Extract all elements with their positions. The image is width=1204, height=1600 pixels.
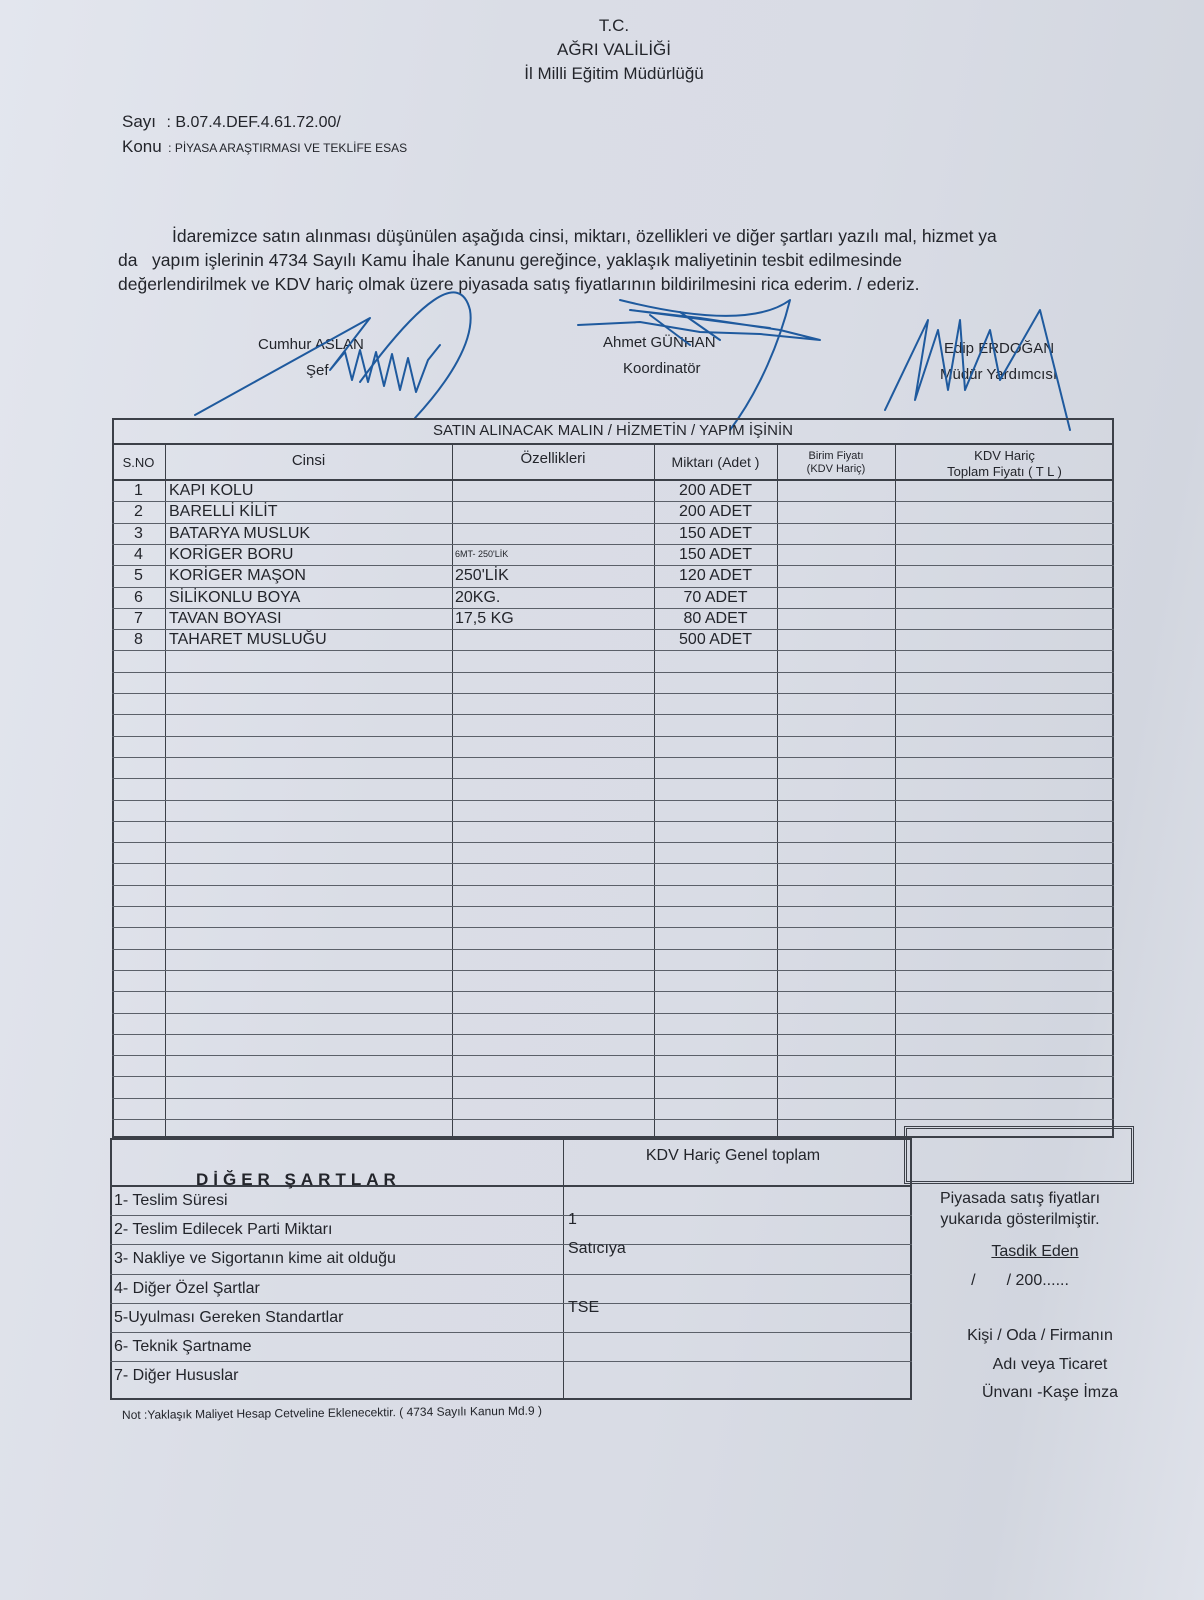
cell-cinsi: BATARYA MUSLUK xyxy=(169,523,449,544)
meta-konu: Konu : PİYASA ARAŞTIRMASI VE TEKLİFE ESA… xyxy=(122,137,407,157)
body-line-2: da yapım işlerinin 4734 Sayılı Kamu İhal… xyxy=(118,248,1103,272)
cell-cinsi: BARELLİ KİLİT xyxy=(169,501,449,522)
condition-label: 5-Uyulması Gereken Standartlar xyxy=(114,1309,343,1327)
col-header-ozellikleri: Özellikleri xyxy=(452,448,654,469)
row-rule xyxy=(112,693,1114,694)
header-directorate: İl Milli Eğitim Müdürlüğü xyxy=(0,64,1204,84)
body-line-1: İdaremizce satın alınması düşünülen aşağ… xyxy=(118,224,1103,248)
row-rule xyxy=(112,906,1114,907)
col-header-cinsi: Cinsi xyxy=(165,450,452,471)
approval-firm-3: Ünvanı -Kaşe İmza xyxy=(935,1384,1165,1402)
grand-total-label: KDV Hariç Genel toplam xyxy=(563,1147,903,1165)
row-rule xyxy=(112,714,1114,715)
cell-sno: 6 xyxy=(112,587,165,608)
condition-rule xyxy=(110,1332,912,1333)
grand-total-box xyxy=(904,1126,1134,1184)
sayi-value: : B.07.4.DEF.4.61.72.00/ xyxy=(166,114,340,131)
col-header-birim-fiyati: Birim Fiyatı (KDV Hariç) xyxy=(777,450,895,476)
cell-sno: 1 xyxy=(112,480,165,501)
col-header-sno: S.NO xyxy=(112,452,165,473)
approval-firm-1: Kişi / Oda / Firmanın xyxy=(925,1327,1155,1345)
row-rule xyxy=(112,821,1114,822)
col-header-birim-fiyati-line2: (KDV Hariç) xyxy=(777,463,895,476)
condition-rule xyxy=(110,1215,912,1216)
condition-rule xyxy=(110,1303,912,1304)
row-rule xyxy=(112,863,1114,864)
cell-sno: 2 xyxy=(112,501,165,522)
body-line-3: değerlendirilmek ve KDV hariç olmak üzer… xyxy=(118,272,1103,296)
row-rule xyxy=(112,842,1114,843)
header-governorship: AĞRI VALİLİĞİ xyxy=(0,40,1204,60)
condition-label: 6- Teknik Şartname xyxy=(114,1338,252,1356)
col-header-toplam-line2: Toplam Fiyatı ( T L ) xyxy=(895,464,1114,480)
condition-value: TSE xyxy=(568,1299,599,1317)
row-rule xyxy=(112,1098,1114,1099)
cell-cinsi: KORİGER MAŞON xyxy=(169,565,449,586)
col-header-birim-fiyati-line1: Birim Fiyatı xyxy=(777,450,895,463)
cell-cinsi: KAPI KOLU xyxy=(169,480,449,501)
row-rule xyxy=(112,885,1114,886)
cell-miktari: 500 ADET xyxy=(654,629,777,650)
cell-miktari: 150 ADET xyxy=(654,523,777,544)
cell-sno: 3 xyxy=(112,523,165,544)
footer-note: Not :Yaklaşık Maliyet Hesap Cetveline Ek… xyxy=(122,1404,542,1422)
row-rule xyxy=(112,800,1114,801)
cell-ozellikleri: 6MT- 250'LİK xyxy=(455,544,651,565)
row-rule xyxy=(112,736,1114,737)
condition-label: 2- Teslim Edilecek Parti Miktarı xyxy=(114,1221,332,1239)
row-rule xyxy=(112,757,1114,758)
row-rule xyxy=(112,672,1114,673)
row-rule xyxy=(112,991,1114,992)
approval-tasdik-eden: Tasdik Eden xyxy=(920,1243,1150,1261)
cell-sno: 5 xyxy=(112,565,165,586)
condition-label: 1- Teslim Süresi xyxy=(114,1192,228,1210)
approval-firm-2: Adı veya Ticaret xyxy=(935,1356,1165,1374)
row-rule xyxy=(112,1119,1114,1120)
signatory-2-name: Ahmet GÜNHAN xyxy=(603,334,716,351)
table-title: SATIN ALINACAK MALIN / HİZMETİN / YAPIM … xyxy=(112,420,1114,441)
approval-line-2: yukarıda gösterilmiştir. xyxy=(905,1211,1135,1229)
row-rule xyxy=(112,778,1114,779)
col-header-miktari: Miktarı (Adet ) xyxy=(654,452,777,473)
cell-miktari: 200 ADET xyxy=(654,501,777,522)
row-rule xyxy=(112,970,1114,971)
condition-label: 3- Nakliye ve Sigortanın kime ait olduğu xyxy=(114,1250,396,1268)
conditions-title: DİĞER ŞARTLAR xyxy=(196,1170,401,1190)
condition-rule xyxy=(110,1244,912,1245)
cell-sno: 8 xyxy=(112,629,165,650)
cell-sno: 4 xyxy=(112,544,165,565)
condition-label: 4- Diğer Özel Şartlar xyxy=(114,1280,260,1298)
signatory-3-title: Müdür Yardımcısı xyxy=(940,366,1057,383)
col-header-toplam-line1: KDV Hariç xyxy=(895,448,1114,464)
cell-miktari: 70 ADET xyxy=(654,587,777,608)
cell-ozellikleri: 250'LİK xyxy=(455,565,651,586)
row-rule xyxy=(112,1076,1114,1077)
cell-cinsi: TAVAN BOYASI xyxy=(169,608,449,629)
condition-rule xyxy=(110,1274,912,1275)
konu-label: Konu xyxy=(122,137,162,156)
signatory-1-name: Cumhur ASLAN xyxy=(258,336,364,353)
cell-miktari: 120 ADET xyxy=(654,565,777,586)
cell-cinsi: SİLİKONLU BOYA xyxy=(169,587,449,608)
cell-miktari: 80 ADET xyxy=(654,608,777,629)
cell-sno: 7 xyxy=(112,608,165,629)
row-rule xyxy=(112,1034,1114,1035)
signatory-2-title: Koordinatör xyxy=(623,360,701,377)
row-rule xyxy=(112,1055,1114,1056)
signatory-3-name: Edip ERDOĞAN xyxy=(944,340,1054,357)
approval-line-1: Piyasada satış fiyatları xyxy=(905,1190,1135,1208)
meta-sayi: Sayı : B.07.4.DEF.4.61.72.00/ xyxy=(122,112,341,132)
sayi-label: Sayı xyxy=(122,112,156,131)
title-divider xyxy=(112,443,1114,445)
cell-ozellikleri: 20KG. xyxy=(455,587,651,608)
cell-cinsi: KORİGER BORU xyxy=(169,544,449,565)
col-header-toplam: KDV Hariç Toplam Fiyatı ( T L ) xyxy=(895,448,1114,480)
condition-value: 1 xyxy=(568,1211,577,1229)
konu-value: : PİYASA ARAŞTIRMASI VE TEKLİFE ESAS xyxy=(168,141,407,155)
cell-cinsi: TAHARET MUSLUĞU xyxy=(169,629,449,650)
cell-ozellikleri: 17,5 KG xyxy=(455,608,651,629)
row-rule xyxy=(112,1013,1114,1014)
row-rule xyxy=(112,949,1114,950)
condition-label: 7- Diğer Hususlar xyxy=(114,1367,238,1385)
signatory-1-title: Şef xyxy=(306,362,329,379)
row-rule xyxy=(112,650,1114,651)
condition-rule xyxy=(110,1361,912,1362)
cell-miktari: 150 ADET xyxy=(654,544,777,565)
header-tc: T.C. xyxy=(0,16,1204,36)
row-rule xyxy=(112,927,1114,928)
cell-miktari: 200 ADET xyxy=(654,480,777,501)
condition-value: Satıcıya xyxy=(568,1240,626,1258)
approval-date: / / 200...... xyxy=(905,1272,1135,1290)
